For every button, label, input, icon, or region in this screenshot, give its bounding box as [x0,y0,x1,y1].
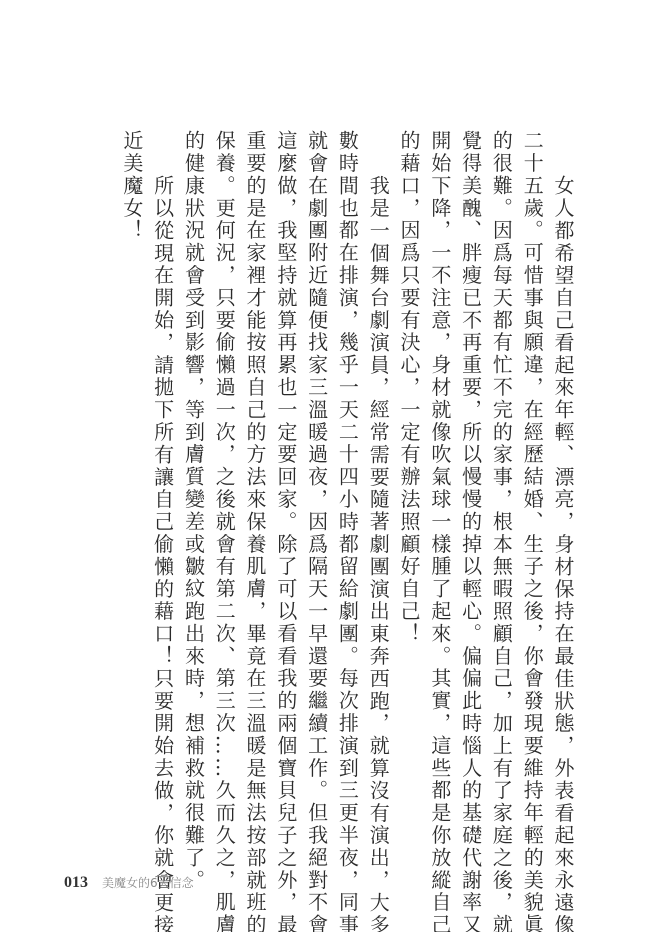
text-column: 所以從現在開始，請拋下所有讓自己偷懶的藉口！只要開始去做，你就會更接 [147,130,178,770]
text-column: 近美魔女！ [116,130,147,770]
text-column: 女人都希望自己看起來年輕、漂亮，身材保持在最佳狀態，外表看起來永遠像 [547,130,578,770]
text-column: 數時間也都在排演，幾乎一天二十四小時都留給劇團。每次排演到三更半夜，同事 [332,130,363,770]
text-column: 開始下降，一不注意，身材就像吹氣球一樣腫了起來。其實，這些都是你放縱自己 [424,130,455,770]
text-column: 保養。更何況，只要偷懶過一次，之後就會有第二次、第三次……久而久之，肌膚 [208,130,239,770]
text-column: 就會在劇團附近隨便找家三溫暖過夜，因爲隔天一早還要繼續工作。但我絕對不會 [301,130,332,770]
text-column: 的藉口，因爲只要有決心，一定有辦法照顧好自己！ [393,130,424,770]
running-title: 美魔女的6大信念 [102,874,194,891]
page-footer: 013 美魔女的6大信念 [64,874,194,892]
text-column: 我是一個舞台劇演員，經常需要隨著劇團演出東奔西跑，就算沒有演出，大多 [362,130,393,770]
text-column: 二十五歲。可惜事與願違，在經歷結婚、生子之後，你會發現要維持年輕的美貌眞 [516,130,547,770]
text-column: 的健康狀況就會受到影響，等到膚質變差或皺紋跑出來時，想補救就很難了。 [178,130,209,770]
text-column: 重要的是在家裡才能按照自己的方法來保養肌膚，畢竟在三溫暖是無法按部就班的 [239,130,270,770]
text-column: 這麼做，我堅持就算再累也一定要回家。除了可以看看我的兩個寶貝兒子之外，最 [270,130,301,770]
page-number: 013 [64,874,88,892]
body-text: 女人都希望自己看起來年輕、漂亮，身材保持在最佳狀態，外表看起來永遠像 二十五歲。… [116,130,578,770]
text-column: 覺得美醜、胖瘦已不再重要，所以慢慢的掉以輕心。偏偏此時惱人的基礎代謝率又 [455,130,486,770]
text-column: 的很難。因爲每天都有忙不完的家事，根本無暇照顧自己，加上有了家庭之後，就 [486,130,517,770]
